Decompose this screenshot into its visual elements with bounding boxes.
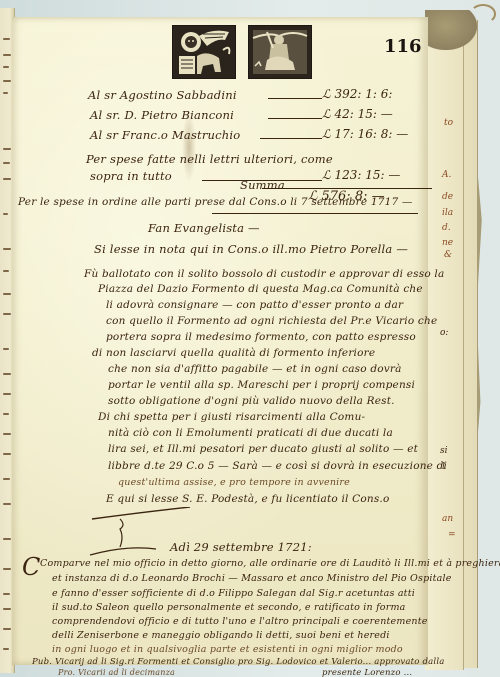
minutes-line: lira sei, et Ill.mi pesatori per ducato … [108,443,418,455]
minutes-line: sotto obligatione d'ogni più valido nuov… [108,395,395,407]
total-label: Summa [240,178,285,192]
entry-line: il sud.to Saleon quello personalmente et… [52,602,406,613]
ledger-entry-label: Al sr Agostino Sabbadini [88,88,237,102]
entry-line: comprendendovi officio e di tutto l'uno … [52,616,428,627]
minutes-closing: E qui si lesse S. E. Podestà, e fu licen… [106,493,390,505]
entry-closing-right: presente Lorenzo ... [322,668,412,677]
minutes-line: con quello il Formento ad ogni richiesta… [106,315,437,327]
minutes-line: nità ciò con li Emolumenti praticati di … [108,427,393,439]
manuscript-page: 116 Al sr Agostino Sabbadini ℒ 392: 1: 6… [12,17,428,665]
minutes-line: Di chi spetta per i giusti risarcimenti … [98,411,365,423]
minutes-line: quest'ultima assise, e pro tempore in av… [118,477,350,488]
saint-figure-stamp-icon [248,25,312,79]
ledger-entry-label-continued: sopra in tutto [90,169,172,183]
entry-line: in ogni luogo et in qualsivoglia parte e… [52,644,403,655]
ledger-entry-label: Al sr. D. Pietro Bianconi [90,108,234,122]
page-number: 116 [384,36,422,57]
ledger-rule [260,138,322,139]
minutes-line: di non lasciarvi quella qualità di forme… [92,347,375,359]
winged-lion-stamp-icon [172,25,236,79]
minutes-heading: Fan Evangelista — [148,221,260,235]
ledger-entry-amount: ℒ 123: 15: — [322,168,400,182]
ledger-entry-amount: ℒ 42: 15: — [322,107,393,121]
ledger-rule [268,118,322,119]
ledger-entry-label: Al sr Franc.o Mastruchio [90,128,240,142]
minutes-line: Fù ballotato con il solito bossolo di cu… [84,268,444,280]
ledger-entry-amount: ℒ 17: 16: 8: — [322,127,408,141]
ledger-rule [212,213,418,214]
minutes-line: Piazza del Dazio Formento di questa Mag.… [98,283,423,295]
entry-line: Comparve nel mio officio in detto giorno… [40,558,500,569]
minutes-intro: Si lesse in nota qui in Cons.o ill.mo Pi… [94,242,408,256]
water-stain [182,112,196,182]
entry-closing-left: Pro. Vicarii ad li decimanza [58,668,175,677]
ledger-entry-label: Per spese fatte nelli lettri ulteriori, … [86,152,333,166]
ledger-note: Per le spese in ordine alle parti prese … [18,196,413,208]
minutes-line: che non sia d'affitto pagabile — et in o… [108,363,402,375]
entry-date-heading: Adì 29 settembre 1721: [170,540,312,554]
ledger-entry-amount: ℒ 392: 1: 6: [322,87,392,101]
minutes-line: li adovrà consignare — con patto d'esser… [106,299,403,311]
entry-line: Pub. Vicarij ad li Sig.ri Formenti et Co… [32,657,445,667]
entry-line: delli Zeniserbone e maneggio obligando l… [52,630,390,641]
entry-line: et instanza di d.o Leonardo Brochi — Mas… [52,573,452,584]
minutes-line: portar le ventil alla sp. Mareschi per i… [108,379,415,391]
minutes-line: libbre d.te 29 C.o 5 — Sarà — e così si … [108,460,447,472]
decorative-initial: C [22,555,41,579]
ledger-rule [268,98,322,99]
minutes-line: portera sopra il medesimo formento, con … [106,331,416,343]
entry-line: e fanno d'esser sofficiente di d.o Filip… [52,588,415,599]
